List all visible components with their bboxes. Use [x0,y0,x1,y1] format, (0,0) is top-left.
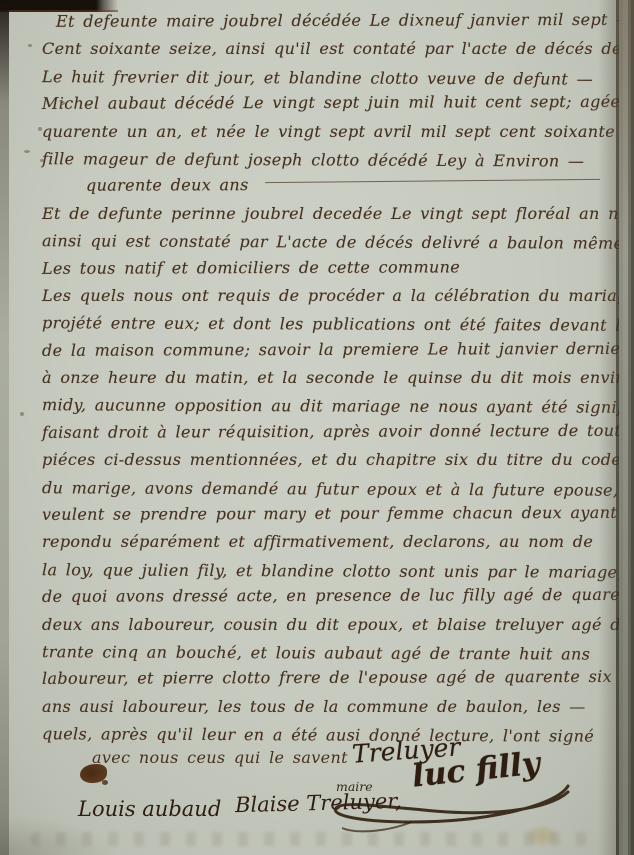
manuscript-line: Michel aubaut décédé Le vingt sept juin … [0,88,616,118]
manuscript-line: deux ans laboureur, cousin du dit epoux,… [0,611,616,638]
manuscript-line: laboureur, et pierre clotto frere de l'e… [0,663,616,693]
line-filler-rule [265,179,600,183]
page-binding-edge [616,0,634,855]
manuscript-line: ans ausi laboureur, les tous de la commu… [0,693,616,720]
manuscript-line: veulent se prendre pour mary et pour fem… [0,499,616,529]
manuscript-line: piéces ci-dessus mentionnées, et du chap… [0,446,616,473]
corner-shading [0,815,120,855]
paper-speck [40,159,44,162]
paper-speck [28,44,32,47]
manuscript-line: de quoi avons dressé acte, en presence d… [0,581,616,611]
paper-speck [24,150,30,153]
scan-edge-left [0,0,9,855]
paper-speck [38,127,42,131]
manuscript-line: de la maison commune; savoir la premiere… [0,335,616,365]
manuscript-line: Les tous natif et domiciliers de cette c… [0,252,616,282]
manuscript-line: faisant droit à leur réquisition, après … [0,417,616,447]
manuscript-text: Et defeunte maire joubrel décédée Le dix… [0,8,616,748]
manuscript-line: quels, après qu'il leur en a été ausi do… [0,720,616,750]
manuscript-line: Et de defunte perinne joubrel decedée Le… [0,200,616,227]
paper-speck [60,101,65,105]
manuscript-line: repondu séparément et affirmativement, d… [0,528,616,555]
closing-line: avec nous ceus qui le savent [92,748,348,767]
paper-speck [20,412,24,416]
manuscript-line: Les quels nous ont requis de procéder a … [0,282,616,309]
manuscript-line: Cent soixante seize, ainsi qu'il est con… [0,35,616,62]
manuscript-line: à onze heure du matin, et la seconde le … [0,364,616,391]
manuscript-line: quarente deux ans [0,170,616,200]
scan-edge-top [0,0,118,12]
page-edge-shadow [598,0,616,855]
scanned-manuscript-page: Et defeunte maire joubrel décédée Le dix… [0,0,634,855]
ink-blot [80,764,107,783]
manuscript-line: quarente un an, et née le vingt sept avr… [0,118,616,145]
